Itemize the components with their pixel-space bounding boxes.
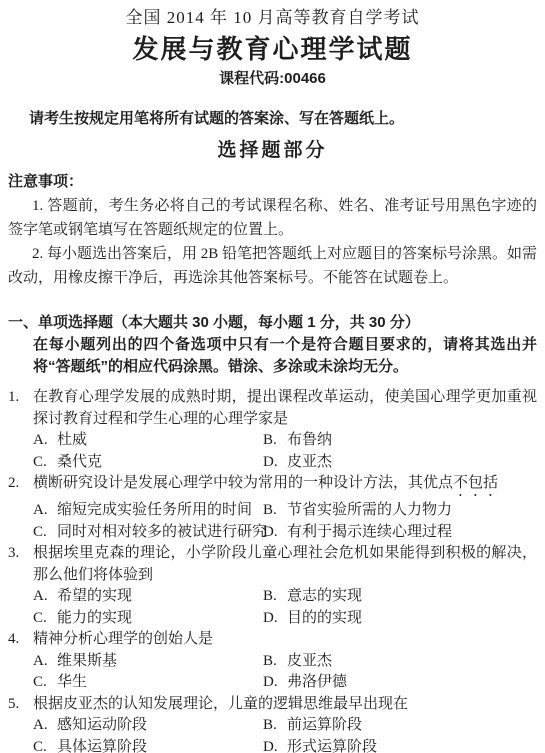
option-text: 感知运动阶段	[57, 717, 147, 733]
option-text: 希望的实现	[57, 588, 132, 604]
part-one-heading: 一、单项选择题（本大题共 30 小题，每小题 1 分，共 30 分）	[8, 312, 537, 334]
emphasized-text: 不包括	[453, 475, 498, 491]
option-text: 布鲁纳	[287, 432, 332, 448]
option-text: 弗洛伊德	[287, 674, 347, 690]
option-item: B.皮亚杰	[263, 651, 537, 673]
option-text: 维果斯基	[57, 653, 117, 669]
exam-session-line: 全国 2014 年 10 月高等教育自学考试	[8, 6, 537, 30]
question-number: 2.	[8, 473, 19, 495]
note-item-1: 1. 答题前，考生务必将自己的考试课程名称、姓名、准考证号用黑色字迹的签字笔或钢…	[8, 194, 537, 242]
option-key: A.	[33, 651, 57, 673]
option-grid: A.希望的实现 B.意志的实现 C.能力的实现 D.目的的实现	[33, 586, 537, 629]
exam-paper-page: 全国 2014 年 10 月高等教育自学考试 发展与教育心理学试题 课程代码:0…	[0, 0, 545, 753]
option-item: D.形式运算阶段	[263, 737, 537, 753]
option-item: C.能力的实现	[33, 608, 263, 630]
option-item: D.有利于揭示连续心理过程	[263, 522, 537, 544]
option-key: A.	[33, 586, 57, 608]
question-stem: 横断研究设计是发展心理学中较为常用的一种设计方法，其优点不包括	[33, 473, 537, 500]
question-3: 3. 根据埃里克森的理论，小学阶段儿童心理社会危机如果能得到积极的解决，那么他们…	[8, 543, 537, 629]
question-2: 2. 横断研究设计是发展心理学中较为常用的一种设计方法，其优点不包括 A.缩短完…	[8, 473, 537, 543]
option-item: D.皮亚杰	[263, 452, 537, 474]
option-item: A.维果斯基	[33, 651, 263, 673]
option-item: C.同时对相对较多的被试进行研究	[33, 522, 263, 544]
option-key: A.	[33, 430, 57, 452]
option-item: B.意志的实现	[263, 586, 537, 608]
question-4: 4. 精神分析心理学的创始人是 A.维果斯基 B.皮亚杰 C.华生 D.弗洛伊德	[8, 629, 537, 694]
question-stem: 精神分析心理学的创始人是	[33, 629, 537, 651]
option-key: C.	[33, 522, 57, 544]
course-code: 课程代码:00466	[8, 68, 537, 90]
option-item: B.前运算阶段	[263, 715, 537, 737]
option-item: C.具体运算阶段	[33, 737, 263, 753]
note-item-2: 2. 每小题选出答案后，用 2B 铅笔把答题纸上对应题目的答案标号涂黑。如需改动…	[8, 242, 537, 290]
option-text: 形式运算阶段	[287, 739, 377, 753]
question-number: 1.	[8, 387, 19, 409]
option-text: 前运算阶段	[287, 717, 362, 733]
option-text: 能力的实现	[57, 610, 132, 626]
question-stem: 根据埃里克森的理论，小学阶段儿童心理社会危机如果能得到积极的解决，那么他们将体验…	[33, 543, 537, 586]
question-1: 1. 在教育心理学发展的成熟时期，提出课程改革运动，使美国心理学更加重视探讨教育…	[8, 387, 537, 473]
option-item: B.节省实验所需的人力物力	[263, 500, 537, 522]
option-text: 缩短完成实验任务所用的时间	[57, 502, 252, 518]
option-item: A.缩短完成实验任务所用的时间	[33, 500, 263, 522]
option-key: A.	[33, 500, 57, 522]
question-stem: 在教育心理学发展的成熟时期，提出课程改革运动，使美国心理学更加重视探讨教育过程和…	[33, 387, 537, 430]
option-text: 同时对相对较多的被试进行研究	[57, 524, 267, 540]
option-key: D.	[263, 452, 287, 474]
section-part-title: 选择题部分	[8, 138, 537, 164]
option-grid: A.杜威 B.布鲁纳 C.桑代克 D.皮亚杰	[33, 430, 537, 473]
option-text: 杜威	[57, 432, 87, 448]
question-5: 5. 根据皮亚杰的认知发展理论，儿童的逻辑思维最早出现在 A.感知运动阶段 B.…	[8, 694, 537, 753]
option-item: C.桑代克	[33, 452, 263, 474]
option-key: A.	[33, 715, 57, 737]
option-text: 节省实验所需的人力物力	[287, 502, 452, 518]
question-number: 5.	[8, 694, 19, 716]
option-grid: A.缩短完成实验任务所用的时间 B.节省实验所需的人力物力 C.同时对相对较多的…	[33, 500, 537, 543]
option-key: C.	[33, 737, 57, 753]
option-item: A.希望的实现	[33, 586, 263, 608]
option-item: D.弗洛伊德	[263, 672, 537, 694]
option-text: 具体运算阶段	[57, 739, 147, 753]
option-key: D.	[263, 672, 287, 694]
option-key: B.	[263, 586, 287, 608]
option-text: 目的的实现	[287, 610, 362, 626]
option-item: A.感知运动阶段	[33, 715, 263, 737]
option-key: D.	[263, 608, 287, 630]
option-key: C.	[33, 672, 57, 694]
option-key: B.	[263, 715, 287, 737]
option-item: B.布鲁纳	[263, 430, 537, 452]
question-number: 3.	[8, 543, 19, 565]
option-key: D.	[263, 522, 287, 544]
option-key: B.	[263, 500, 287, 522]
option-key: C.	[33, 452, 57, 474]
answer-sheet-notice: 请考生按规定用笔将所有试题的答案涂、写在答题纸上。	[8, 108, 537, 130]
option-text: 桑代克	[57, 454, 102, 470]
option-key: B.	[263, 430, 287, 452]
option-key: C.	[33, 608, 57, 630]
option-text: 皮亚杰	[287, 454, 332, 470]
option-text: 有利于揭示连续心理过程	[287, 524, 452, 540]
option-item: D.目的的实现	[263, 608, 537, 630]
option-grid: A.感知运动阶段 B.前运算阶段 C.具体运算阶段 D.形式运算阶段	[33, 715, 537, 753]
exam-title: 发展与教育心理学试题	[8, 32, 537, 66]
option-item: C.华生	[33, 672, 263, 694]
option-grid: A.维果斯基 B.皮亚杰 C.华生 D.弗洛伊德	[33, 651, 537, 694]
option-text: 皮亚杰	[287, 653, 332, 669]
question-number: 4.	[8, 629, 19, 651]
option-key: D.	[263, 737, 287, 753]
question-stem: 根据皮亚杰的认知发展理论，儿童的逻辑思维最早出现在	[33, 694, 537, 716]
option-text: 华生	[57, 674, 87, 690]
option-text: 意志的实现	[287, 588, 362, 604]
question-list: 1. 在教育心理学发展的成熟时期，提出课程改革运动，使美国心理学更加重视探讨教育…	[8, 387, 537, 753]
option-item: A.杜威	[33, 430, 263, 452]
part-one-instruction: 在每小题列出的四个备选项中只有一个是符合题目要求的，请将其选出并将“答题纸”的相…	[33, 334, 537, 378]
notes-heading: 注意事项：	[8, 170, 537, 194]
option-key: B.	[263, 651, 287, 673]
